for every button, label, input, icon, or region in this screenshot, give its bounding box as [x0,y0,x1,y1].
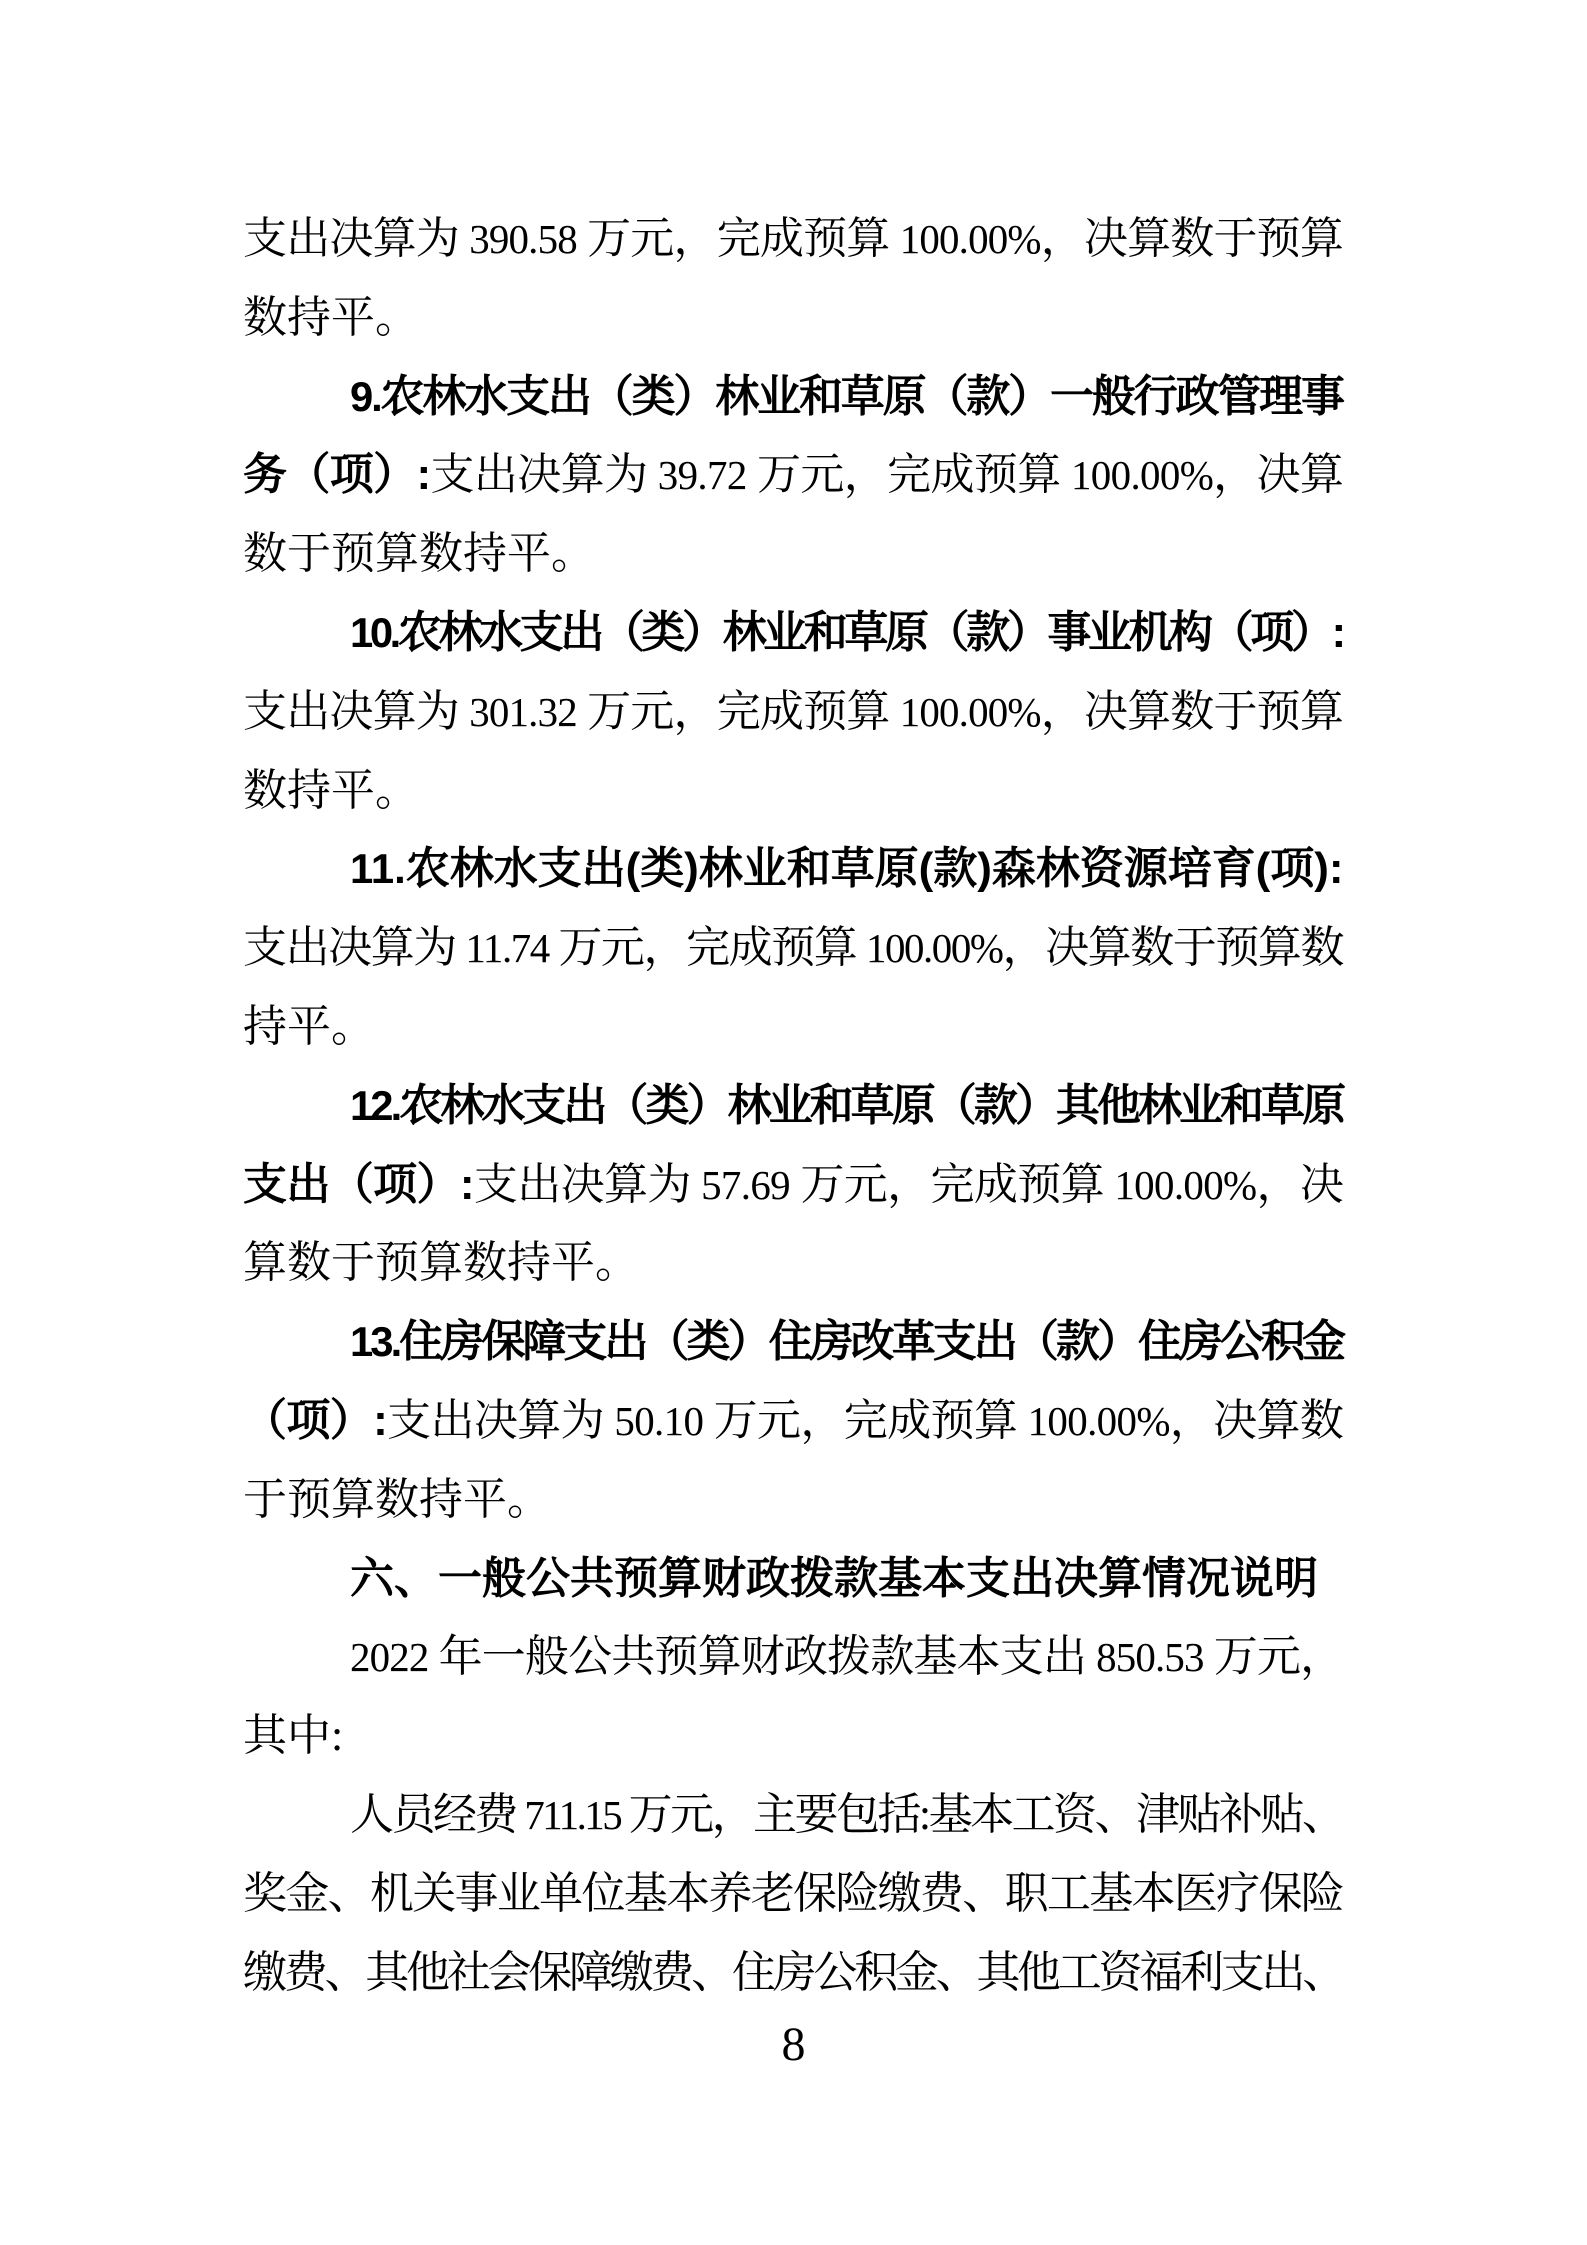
text-segment: ，决算数于预算 [1041,214,1343,263]
text-segment: 年一般公共预算财政拨款基本支出 [428,1632,1096,1681]
text-segment: 万元，主要包括:基本工资、津贴补贴、 [620,1790,1343,1839]
text-line: 于预算数持平。 [243,1461,1343,1540]
text-line: 9.农林水支出（类）林业和草原（款）一般行政管理事 [243,358,1343,437]
text-line: 支出决算为 390.58 万元，完成预算 100.00%，决算数于预算 [243,200,1343,279]
text-line: 12.农林水支出（类）林业和草原（款）其他林业和草原 [243,1067,1343,1146]
text-segment: 100.00% [866,926,1003,971]
text-segment: 万元，完成预算 [703,1396,1027,1445]
text-line: 奖金、机关事业单位基本养老保险缴费、职工基本医疗保险 [243,1855,1343,1934]
text-segment: 数持平。 [243,766,419,815]
text-segment: 万元，完成预算 [549,923,866,972]
text-line: 13.住房保障支出（类）住房改革支出（款）住房公积金 [243,1303,1343,1382]
text-segment: ，决算 [1213,450,1343,499]
text-line: 人员经费 711.15 万元，主要包括:基本工资、津贴补贴、 [243,1776,1343,1855]
text-segment: 2022 [350,1635,428,1680]
text-segment: 持平。 [243,1002,375,1051]
text-segment: 11.74 [465,926,548,971]
text-line: 支出（项）:支出决算为 57.69 万元，完成预算 100.00%，决 [243,1146,1343,1225]
document-page: 支出决算为 390.58 万元，完成预算 100.00%，决算数于预算数持平。9… [0,0,1587,2245]
text-line: 缴费、其他社会保障缴费、住房公积金、其他工资福利支出、 [243,1934,1343,2013]
text-segment: 100.00% [900,690,1041,735]
bold-text-segment: 10. [350,609,398,656]
text-segment: 于预算数持平。 [243,1475,551,1524]
text-segment: 301.32 [469,690,577,735]
text-segment: 支出决算为 [243,687,469,736]
text-line: 10.农林水支出（类）林业和草原（款）事业机构（项）: [243,594,1343,673]
text-segment: 万元，完成预算 [577,214,900,263]
text-segment: 万元，完成预算 [790,1160,1114,1209]
bold-text-segment: 住房保障支出（类）住房改革支出（款）住房公积金 [399,1317,1343,1366]
bold-text-segment: 13. [350,1318,399,1365]
bold-text-segment: 农林水支出（类）林业和草原（款）事业机构（项）: [398,608,1343,657]
text-segment: 支出决算为 [243,923,465,972]
bold-text-segment: 11. [350,845,406,892]
text-segment: 人员经费 [350,1790,524,1839]
bold-text-segment: （项）: [243,1396,387,1445]
bold-text-segment: 农林水支出（类）林业和草原（款）一般行政管理事 [381,372,1343,421]
text-segment: ，决算数于预算数 [1003,923,1344,972]
page-footer: 8 [0,2010,1587,2080]
text-segment: 支出决算为 [243,214,469,263]
text-line: （项）:支出决算为 50.10 万元，完成预算 100.00%，决算数 [243,1382,1343,1461]
text-line: 务（项）:支出决算为 39.72 万元，完成预算 100.00%，决算 [243,436,1343,515]
bold-text-segment: 12. [350,1082,399,1129]
text-segment: 数持平。 [243,293,419,342]
text-line: 数于预算数持平。 [243,515,1343,594]
text-line: 数持平。 [243,752,1343,831]
bold-text-segment: 农林水支出（类）林业和草原（款）其他林业和草原 [399,1081,1343,1130]
text-segment: 万元，完成预算 [577,687,900,736]
page-body-text: 支出决算为 390.58 万元，完成预算 100.00%，决算数于预算数持平。9… [243,200,1343,2012]
text-segment: 算数于预算数持平。 [243,1238,639,1287]
text-segment: 其中: [243,1711,343,1760]
text-segment: 奖金、机关事业单位基本养老保险缴费、职工基本医疗保险 [243,1869,1343,1918]
text-segment: 711.15 [524,1793,620,1838]
text-segment: 缴费、其他社会保障缴费、住房公积金、其他工资福利支出、 [243,1948,1343,1997]
text-line: 11.农林水支出(类)林业和草原(款)森林资源培育(项): [243,830,1343,909]
bold-text-segment: 务（项）: [243,450,431,499]
text-segment: 57.69 [701,1163,790,1208]
text-segment: 50.10 [614,1399,703,1444]
text-segment: 850.53 [1096,1635,1203,1680]
bold-text-segment: 农林水支出(类)林业和草原(款)森林资源培育(项): [406,844,1344,893]
bold-text-segment: 支出（项）: [243,1160,474,1209]
text-segment: 390.58 [469,217,577,262]
text-segment: 支出决算为 [474,1160,701,1209]
text-line: 数持平。 [243,279,1343,358]
text-line: 算数于预算数持平。 [243,1224,1343,1303]
bold-text-segment: 9. [350,373,381,420]
text-segment: ，决算数于预算 [1041,687,1343,736]
text-line: 支出决算为 301.32 万元，完成预算 100.00%，决算数于预算 [243,673,1343,752]
text-segment: 100.00% [1071,453,1213,498]
text-line: 六、一般公共预算财政拨款基本支出决算情况说明 [243,1540,1343,1619]
text-segment: 支出决算为 [431,450,658,499]
text-segment: 39.72 [658,453,747,498]
text-segment: 万元，完成预算 [747,450,1071,499]
text-segment: 万元， [1204,1632,1344,1681]
bold-text-segment: 六、一般公共预算财政拨款基本支出决算情况说明 [350,1554,1318,1603]
text-segment: ，决算数 [1170,1396,1343,1445]
text-segment: 100.00% [1114,1163,1256,1208]
text-segment: ，决 [1257,1160,1344,1209]
text-segment: 数于预算数持平。 [243,529,595,578]
text-segment: 100.00% [900,217,1041,262]
page-number: 8 [782,2018,806,2071]
text-line: 持平。 [243,988,1343,1067]
text-segment: 100.00% [1028,1399,1170,1444]
text-line: 2022 年一般公共预算财政拨款基本支出 850.53 万元， [243,1618,1343,1697]
text-line: 支出决算为 11.74 万元，完成预算 100.00%，决算数于预算数 [243,909,1343,988]
text-line: 其中: [243,1697,1343,1776]
text-segment: 支出决算为 [387,1396,614,1445]
